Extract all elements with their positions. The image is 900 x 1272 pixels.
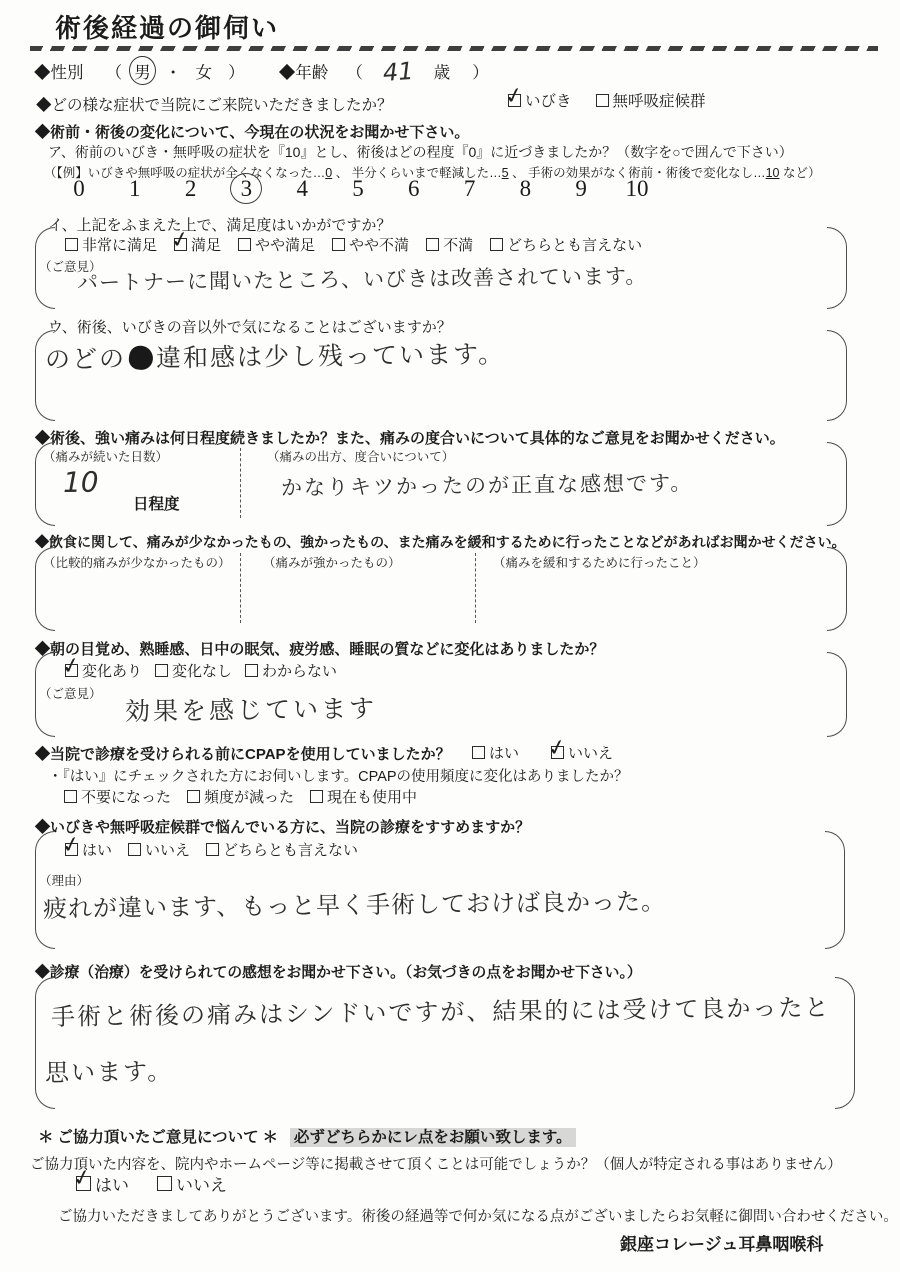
recommend-options: はい いいえ どちらとも言えない [65,839,358,860]
right-bracket [827,330,847,421]
scale-option-0[interactable]: 0 [62,176,96,202]
neither-option[interactable]: どちらとも言えない [490,234,642,255]
clinic-name: 銀座コレージュ耳鼻咽喉科 [620,1230,823,1255]
publish-options: はい いいえ [76,1171,227,1196]
change-unknown-checkbox[interactable] [245,664,258,677]
recommend-no-checkbox[interactable] [128,843,141,856]
right-bracket [825,831,845,949]
scale-option-7[interactable]: 7 [453,176,487,202]
satisfied-label: 満足 [191,234,221,255]
scale-option-9[interactable]: 9 [564,176,598,202]
example-ten: 10 [766,166,780,180]
recommend-no-label: いいえ [145,839,190,860]
change-heading: ◆術前・術後の変化について、今現在の状況をお聞かせ下さい。 [35,121,469,142]
recommend-neither-label: どちらとも言えない [223,839,358,860]
symptom-question: ◆どの様な症状で当院にご来院いただきましたか？ [36,93,393,115]
somewhat-dissatisfied-option[interactable]: やや不満 [332,234,409,255]
scale-option-5[interactable]: 5 [341,176,375,202]
impression-box: 手術と術後の痛みはシンドいですが、結果的には受けて良かったと 思います。 [35,977,855,1109]
publish-yes-option[interactable]: はい [76,1171,129,1196]
very-satisfied-checkbox[interactable] [65,238,78,251]
comment-label: （ご意見） [39,684,102,702]
change-no-option[interactable]: 変化なし [155,660,232,681]
footer-note: ＊ ご協力頂いたご意見について ＊ 必ずどちらかにレ点をお願い致します。 [38,1125,576,1147]
questionnaire-page: 術後経過の御伺い ◆性別 （ 男 ・ 女 ） ◆年齢 （ 41 歳 ） ◆どの様… [0,0,900,1272]
form-title: 術後経過の御伺い [55,8,279,45]
pain-days-handwriting: 10 [63,466,99,499]
somewhat-satisfied-label: やや満足 [255,234,315,255]
reason-label: （理由） [39,871,89,889]
scale-option-8[interactable]: 8 [508,176,542,202]
footer-note-highlight: 必ずどちらかにレ点をお願い致します。 [290,1128,576,1147]
impression-line2-handwriting: 思います。 [45,1051,174,1088]
cpap-followup-question: ・『はい』にチェックされた方にお伺いします。CPAPの使用頻度に変化はありました… [48,765,629,786]
right-bracket [827,652,847,737]
somewhat-satisfied-option[interactable]: やや満足 [238,234,315,255]
pain-days-unit: 日程度 [133,492,180,514]
somewhat-dissatisfied-label: やや不満 [349,234,409,255]
thanks-message: ご協力いただきましてありがとうございます。術後の経過等で何か気になる点がございま… [58,1205,898,1226]
column-divider [240,448,241,518]
column-divider [240,553,241,623]
pain-detail-label: （痛みの出方、度合いについて） [267,447,454,465]
other-answer-handwriting: のどの違和感は少し残っています。 [45,334,505,376]
gender-paren-open: （ [106,63,123,82]
other-box: のどの違和感は少し残っています。 [35,330,847,421]
satisfied-option[interactable]: 満足 [174,234,221,255]
example-part: など） [779,166,820,180]
cpap-yes-label: はい [489,742,519,763]
cpap-no-checkbox[interactable] [551,746,564,759]
dissatisfied-checkbox[interactable] [426,238,439,251]
title-divider [30,46,878,51]
eating-col3-label: （痛みを緩和するために行ったこと） [493,553,706,571]
change-no-checkbox[interactable] [155,664,168,677]
right-bracket [835,977,855,1109]
age-label: ◆年齢 [279,63,329,82]
change-no-label: 変化なし [172,660,232,681]
apnea-option[interactable]: 無呼吸症候群 [596,89,706,111]
recommend-reason-handwriting: 疲れが違います、もっと早く手術しておけば良かった。 [43,881,666,924]
cpap-yes-checkbox[interactable] [472,746,485,759]
other-answer-post: 違和感は少し残っています。 [156,339,505,372]
cpap-question: ◆当院で診療を受けられる前にCPAPを使用していましたか？ [35,743,451,764]
cpap-no-option[interactable]: いいえ [551,742,613,763]
scale-row: 012345678910 [62,176,654,202]
reduced-frequency-label: 頻度が減った [204,786,294,807]
satisfied-checkbox[interactable] [174,238,187,251]
recommend-yes-checkbox[interactable] [65,843,78,856]
eating-col1-label: （比較的痛みが少なかったもの） [43,553,231,571]
publish-no-option[interactable]: いいえ [157,1171,227,1196]
neither-label: どちらとも言えない [507,234,642,255]
ink-scribble [128,344,155,371]
gender-dot: ・ [165,63,182,82]
dissatisfied-label: 不満 [443,234,473,255]
very-satisfied-label: 非常に満足 [82,234,157,255]
scale-option-4[interactable]: 4 [285,176,319,202]
snoring-checkbox[interactable] [508,94,521,107]
sleep-box: 変化あり 変化なし わからない （ご意見） 効果を感じています [35,652,847,737]
somewhat-dissatisfied-checkbox[interactable] [332,238,345,251]
pain-box: （痛みが続いた日数） 10 日程度 （痛みの出方、度合いについて） かなりキツか… [35,442,847,526]
sleep-comment-handwriting: 効果を感じています [125,689,377,728]
still-using-checkbox[interactable] [310,790,323,803]
scale-option-2[interactable]: 2 [174,176,208,202]
no-longer-needed-checkbox[interactable] [64,790,77,803]
very-satisfied-option[interactable]: 非常に満足 [65,234,157,255]
reduced-frequency-checkbox[interactable] [187,790,200,803]
snoring-option[interactable]: いびき [508,89,572,111]
scale-option-1[interactable]: 1 [118,176,152,202]
column-divider [475,553,476,623]
reduced-frequency-option[interactable]: 頻度が減った [187,786,294,807]
somewhat-satisfied-checkbox[interactable] [238,238,251,251]
eating-col2-label: （痛みが強かったもの） [263,553,401,571]
cpap-yes-option[interactable]: はい [472,742,519,763]
neither-checkbox[interactable] [490,238,503,251]
satisfaction-box: 非常に満足 満足 やや満足 やや不満 不満 どちらとも言えない （ご意見） パー… [35,227,847,309]
recommend-no-option[interactable]: いいえ [128,839,190,860]
satisfaction-comment-handwriting: パートナーに聞いたところ、いびきは改善されています。 [77,260,648,297]
snoring-label: いびき [525,89,572,111]
eating-box: （比較的痛みが少なかったもの） （痛みが強かったもの） （痛みを緩和するために行… [35,547,847,631]
gender-female-option[interactable]: 女 [196,63,213,82]
dissatisfied-option[interactable]: 不満 [426,234,473,255]
cpap-options: はい いいえ [472,742,613,763]
recommend-box: はい いいえ どちらとも言えない （理由） 疲れが違います、もっと早く手術してお… [35,831,845,949]
impression-line1-handwriting: 手術と術後の痛みはシンドいですが、結果的には受けて良かったと [51,987,831,1032]
apnea-checkbox[interactable] [596,94,609,107]
publish-no-checkbox[interactable] [157,1176,172,1191]
footer-note-prefix: ＊ ご協力頂いたご意見について ＊ [38,1129,278,1146]
recommend-neither-option[interactable]: どちらとも言えない [206,839,358,860]
symptom-options: いびき 無呼吸症候群 [508,89,706,111]
recommend-neither-checkbox[interactable] [206,843,219,856]
publish-no-label: いいえ [176,1171,227,1196]
other-answer-pre: のどの [45,344,126,374]
age-value: 41 [382,57,414,87]
pain-days-label: （痛みが続いた日数） [43,447,168,465]
scale-option-6[interactable]: 6 [397,176,431,202]
scale-option-3[interactable]: 3 [229,176,263,202]
apnea-label: 無呼吸症候群 [613,89,706,111]
scale-option-10[interactable]: 10 [620,176,654,202]
profile-row: ◆性別 （ 男 ・ 女 ） ◆年齢 （ 41 歳 ） [34,59,489,87]
cpap-followup-options: 不要になった 頻度が減った 現在も使用中 [64,786,417,807]
cpap-no-label: いいえ [568,742,613,763]
right-bracket [827,547,847,631]
change-unknown-option[interactable]: わからない [245,660,337,681]
age-paren-open: （ [346,63,363,82]
recommend-yes-option[interactable]: はい [65,839,112,860]
change-yes-label: 変化あり [82,660,142,681]
change-question-a: ア、術前のいびき・無呼吸の症状を『10』とし、術後はどの程度『0』に近づきました… [48,142,793,162]
change-yes-option[interactable]: 変化あり [65,660,142,681]
age-unit: 歳 [434,63,451,82]
gender-paren-close: ） [228,63,245,82]
change-unknown-label: わからない [262,660,337,681]
satisfaction-options: 非常に満足 満足 やや満足 やや不満 不満 どちらとも言えない [65,234,642,255]
still-using-label: 現在も使用中 [327,786,417,807]
right-bracket [827,442,847,526]
gender-male-option[interactable]: 男 [134,59,151,83]
change-yes-checkbox[interactable] [65,664,78,677]
publish-yes-label: はい [95,1171,129,1196]
gender-label: ◆性別 [34,63,84,82]
sleep-options: 変化あり 変化なし わからない [65,660,337,681]
age-paren-close: ） [472,63,489,82]
no-longer-needed-option[interactable]: 不要になった [64,786,171,807]
still-using-option[interactable]: 現在も使用中 [310,786,417,807]
pain-detail-handwriting: かなりキツかったのが正直な感想です。 [281,467,694,502]
right-bracket [827,227,847,309]
no-longer-needed-label: 不要になった [81,786,171,807]
publish-yes-checkbox[interactable] [76,1176,91,1191]
recommend-yes-label: はい [82,839,112,860]
